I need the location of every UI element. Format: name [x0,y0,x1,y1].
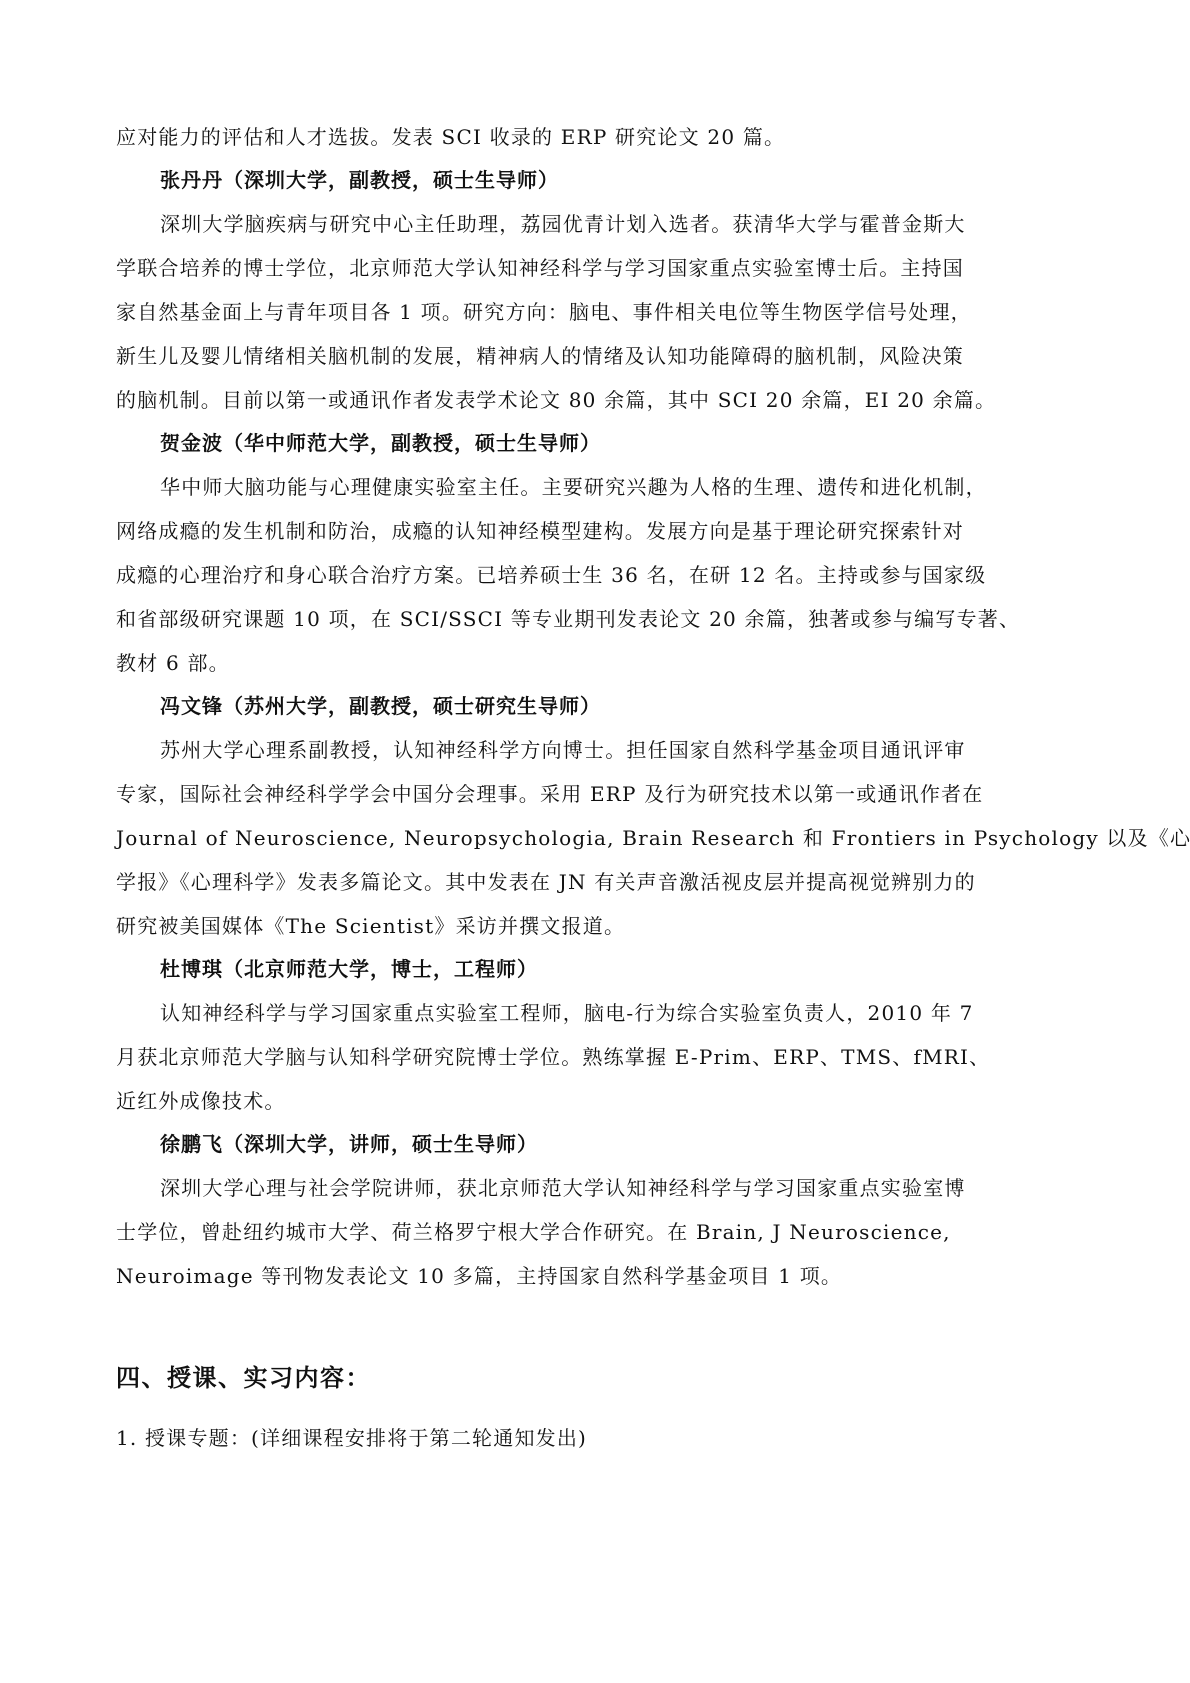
paragraph-line: 近红外成像技术。 [116,1088,1076,1114]
paragraph-line: 认知神经科学与学习国家重点实验室工程师，脑电-行为综合实验室负责人，2010 年… [160,1000,1076,1026]
person-heading: 杜博琪（北京师范大学，博士，工程师） [160,956,538,982]
paragraph-line: 士学位，曾赴纽约城市大学、荷兰格罗宁根大学合作研究。在 Brain, J Neu… [116,1219,1076,1245]
paragraph-line: Journal of Neuroscience, Neuropsychologi… [116,825,1076,851]
paragraph-line: 的脑机制。目前以第一或通讯作者发表学术论文 80 余篇，其中 SCI 20 余篇… [116,387,1076,413]
paragraph-line: 学联合培养的博士学位，北京师范大学认知神经科学与学习国家重点实验室博士后。主持国 [116,255,1076,281]
paragraph-line: 月获北京师范大学脑与认知科学研究院博士学位。熟练掌握 E-Prim、ERP、TM… [116,1044,1076,1070]
paragraph-line: 华中师大脑功能与心理健康实验室主任。主要研究兴趣为人格的生理、遗传和进化机制， [160,474,1076,500]
paragraph-line: 教材 6 部。 [116,650,1076,676]
paragraph-line: 深圳大学心理与社会学院讲师，获北京师范大学认知神经科学与学习国家重点实验室博 [160,1175,1076,1201]
paragraph-line: 家自然基金面上与青年项目各 1 项。研究方向：脑电、事件相关电位等生物医学信号处… [116,299,1076,325]
person-heading: 徐鹏飞（深圳大学，讲师，硕士生导师） [160,1131,538,1157]
paragraph-line: 专家，国际社会神经科学学会中国分会理事。采用 ERP 及行为研究技术以第一或通讯… [116,781,1076,807]
paragraph-line: 深圳大学脑疾病与研究中心主任助理，荔园优青计划入选者。获清华大学与霍普金斯大 [160,211,1076,237]
paragraph-line: 网络成瘾的发生机制和防治，成瘾的认知神经模型建构。发展方向是基于理论研究探索针对 [116,518,1076,544]
paragraph-line: 新生儿及婴儿情绪相关脑机制的发展，精神病人的情绪及认知功能障碍的脑机制，风险决策 [116,343,1076,369]
paragraph-line: 应对能力的评估和人才选拔。发表 SCI 收录的 ERP 研究论文 20 篇。 [116,124,1076,150]
paragraph-line: 研究被美国媒体《The Scientist》采访并撰文报道。 [116,913,1076,939]
paragraph-line: 苏州大学心理系副教授，认知神经科学方向博士。担任国家自然科学基金项目通讯评审 [160,737,1076,763]
paragraph-line: 成瘾的心理治疗和身心联合治疗方案。已培养硕士生 36 名，在研 12 名。主持或… [116,562,1076,588]
paragraph-line: Neuroimage 等刊物发表论文 10 多篇，主持国家自然科学基金项目 1 … [116,1263,1076,1289]
person-heading: 贺金波（华中师范大学，副教授，硕士生导师） [160,430,601,456]
person-heading: 张丹丹（深圳大学，副教授，硕士生导师） [160,167,559,193]
paragraph-line: 学报》《心理科学》发表多篇论文。其中发表在 JN 有关声音激活视皮层并提高视觉辨… [116,869,1076,895]
document-page: 应对能力的评估和人才选拔。发表 SCI 收录的 ERP 研究论文 20 篇。 张… [0,0,1190,1683]
list-item: 1. 授课专题：(详细课程安排将于第二轮通知发出) [116,1425,1076,1451]
paragraph-line: 和省部级研究课题 10 项，在 SCI/SSCI 等专业期刊发表论文 20 余篇… [116,606,1076,632]
section-heading: 四、授课、实习内容： [116,1363,371,1393]
person-heading: 冯文锋（苏州大学，副教授，硕士研究生导师） [160,693,601,719]
